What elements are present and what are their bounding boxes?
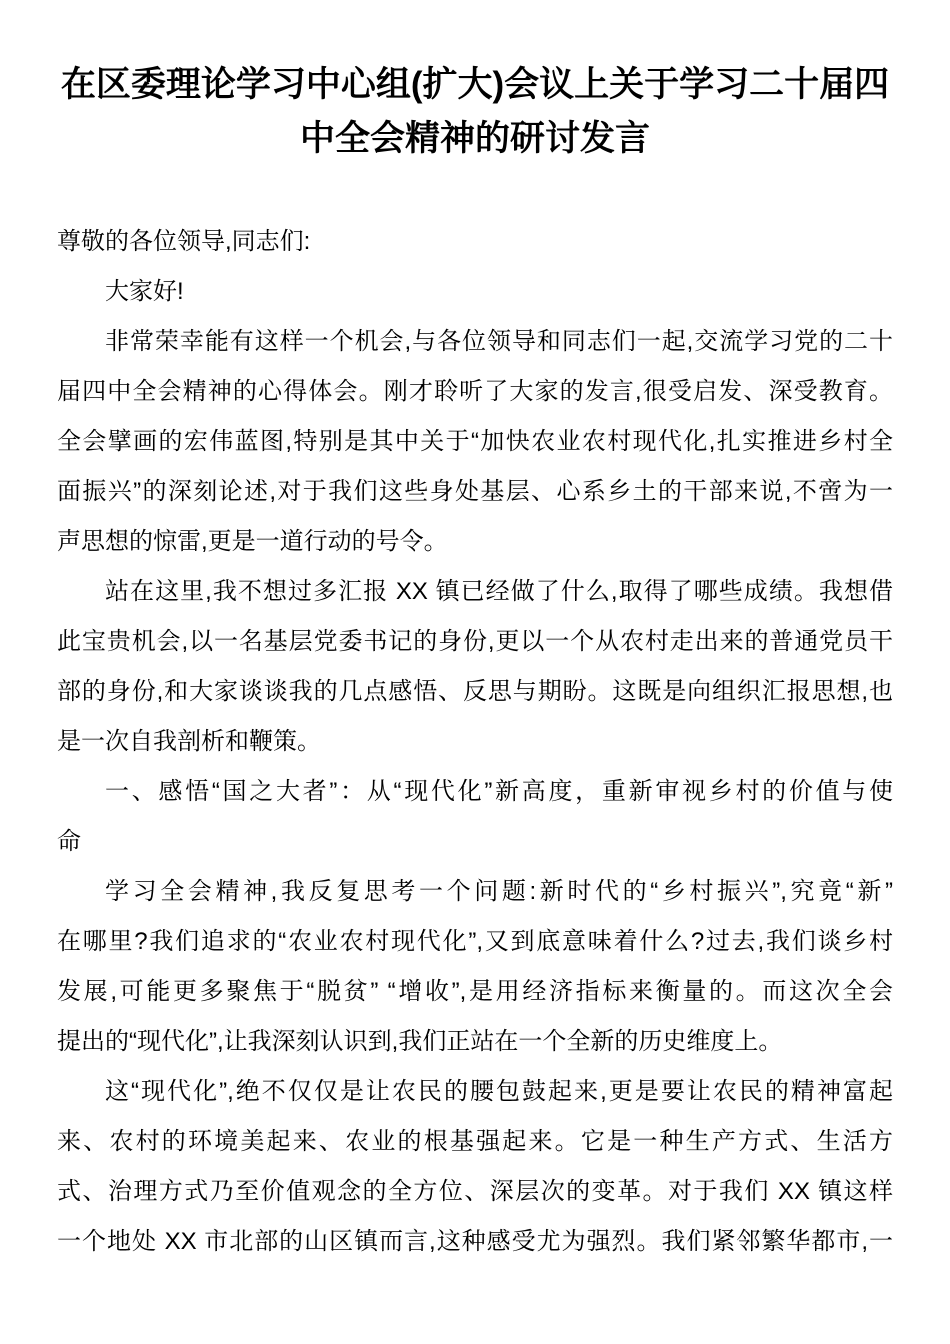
body-line: 声思想的惊雷,更是一道行动的号令。 bbox=[57, 517, 893, 567]
body-line: 提出的“现代化”,让我深刻认识到,我们正站在一个全新的历史维度上。 bbox=[57, 1017, 893, 1067]
document-title: 在区委理论学习中心组(扩大)会议上关于学习二十届四中全会精神的研讨发言 bbox=[57, 58, 893, 166]
body-line: 这“现代化”,绝不仅仅是让农民的腰包鼓起来,更是要让农民的精神富起 bbox=[57, 1067, 893, 1117]
body-line: 式、治理方式乃至价值观念的全方位、深层次的变革。对于我们 XX 镇这样 bbox=[57, 1167, 893, 1217]
document-page: 在区委理论学习中心组(扩大)会议上关于学习二十届四中全会精神的研讨发言 尊敬的各… bbox=[0, 0, 950, 1344]
title-line: 在区委理论学习中心组(扩大)会议上关于学习二十届四 bbox=[57, 58, 893, 112]
title-line: 中全会精神的研讨发言 bbox=[57, 112, 893, 166]
body-line: 此宝贵机会,以一名基层党委书记的身份,更以一个从农村走出来的普通党员干 bbox=[57, 617, 893, 667]
body-line: 部的身份,和大家谈谈我的几点感悟、反思与期盼。这既是向组织汇报思想,也 bbox=[57, 667, 893, 717]
section-heading-line: 命 bbox=[57, 817, 893, 867]
body-line: 来、农村的环境美起来、农业的根基强起来。它是一种生产方式、生活方 bbox=[57, 1117, 893, 1167]
document-body: 尊敬的各位领导,同志们:大家好!非常荣幸能有这样一个机会,与各位领导和同志们一起… bbox=[57, 217, 893, 1267]
body-line: 站在这里,我不想过多汇报 XX 镇已经做了什么,取得了哪些成绩。我想借 bbox=[57, 567, 893, 617]
body-line: 学习全会精神,我反复思考一个问题:新时代的“乡村振兴”,究竟“新” bbox=[57, 867, 893, 917]
body-line: 发展,可能更多聚焦于“脱贫” “增收”,是用经济指标来衡量的。而这次全会 bbox=[57, 967, 893, 1017]
body-line: 面振兴”的深刻论述,对于我们这些身处基层、心系乡土的干部来说,不啻为一 bbox=[57, 467, 893, 517]
body-line: 非常荣幸能有这样一个机会,与各位领导和同志们一起,交流学习党的二十 bbox=[57, 317, 893, 367]
salutation-line: 尊敬的各位领导,同志们: bbox=[57, 217, 893, 267]
body-line: 全会擘画的宏伟蓝图,特别是其中关于“加快农业农村现代化,扎实推进乡村全 bbox=[57, 417, 893, 467]
section-heading-line: 一、感悟“国之大者”：从“现代化”新高度，重新审视乡村的价值与使 bbox=[57, 767, 893, 817]
body-line: 在哪里?我们追求的“农业农村现代化”,又到底意味着什么?过去,我们谈乡村 bbox=[57, 917, 893, 967]
body-line: 是一次自我剖析和鞭策。 bbox=[57, 717, 893, 767]
body-line: 一个地处 XX 市北部的山区镇而言,这种感受尤为强烈。我们紧邻繁华都市,一 bbox=[57, 1217, 893, 1267]
body-line: 届四中全会精神的心得体会。刚才聆听了大家的发言,很受启发、深受教育。 bbox=[57, 367, 893, 417]
body-line: 大家好! bbox=[57, 267, 893, 317]
